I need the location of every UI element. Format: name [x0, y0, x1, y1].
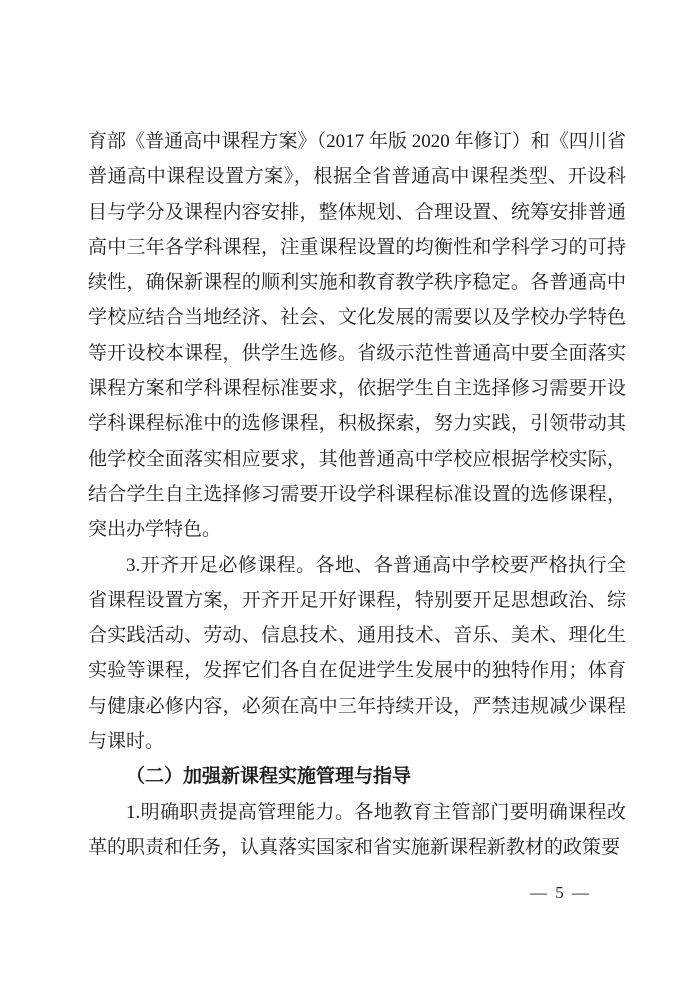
page-number: — 5 —: [530, 883, 591, 903]
paragraph-continuation: 育部《普通高中课程方案》（2017 年版 2020 年修订）和《四川省普通高中课…: [88, 124, 626, 548]
document-body: 育部《普通高中课程方案》（2017 年版 2020 年修订）和《四川省普通高中课…: [88, 124, 626, 865]
paragraph-item-1: 1.明确职责提高管理能力。各地教育主管部门要明确课程改革的职责和任务，认真落实国…: [88, 795, 626, 866]
section-heading: （二）加强新课程实施管理与指导: [88, 759, 626, 794]
document-page: 育部《普通高中课程方案》（2017 年版 2020 年修订）和《四川省普通高中课…: [0, 0, 699, 988]
paragraph-item-3: 3.开齐开足必修课程。各地、各普通高中学校要严格执行全省课程设置方案，开齐开足开…: [88, 548, 626, 760]
